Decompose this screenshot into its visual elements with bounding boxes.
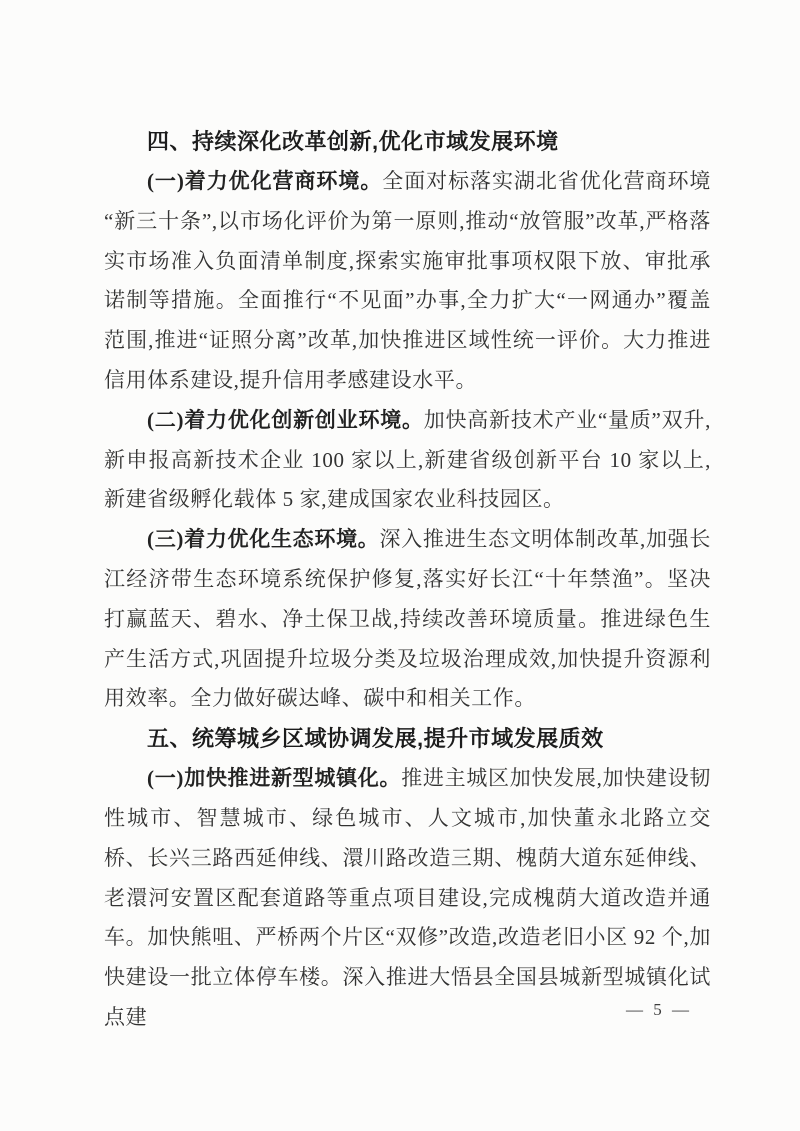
page-number: — 5 —: [626, 998, 692, 1022]
paragraph-4-2-lead: (二)着力优化创新创业环境。: [147, 408, 424, 432]
paragraph-5-1-lead: (一)加快推进新型城镇化。: [147, 766, 401, 790]
document-content: 四、持续深化改革创新,优化市域发展环境 (一)着力优化营商环境。全面对标落实湖北…: [104, 122, 711, 1038]
paragraph-5-1-body: 推进主城区加快发展,加快建设韧性城市、智慧城市、绿色城市、人文城市,加快董永北路…: [104, 766, 711, 1029]
paragraph-4-1: (一)着力优化营商环境。全面对标落实湖北省优化营商环境“新三十条”,以市场化评价…: [104, 162, 711, 401]
section-4-heading: 四、持续深化改革创新,优化市域发展环境: [104, 122, 711, 162]
paragraph-4-3: (三)着力优化生态环境。深入推进生态文明体制改革,加强长江经济带生态环境系统保护…: [104, 520, 711, 719]
paragraph-4-1-lead: (一)着力优化营商环境。: [147, 169, 382, 193]
paragraph-4-2: (二)着力优化创新创业环境。加快高新技术产业“量质”双升,新申报高新技术企业 1…: [104, 401, 711, 520]
document-page: 四、持续深化改革创新,优化市域发展环境 (一)着力优化营商环境。全面对标落实湖北…: [0, 0, 800, 1131]
paragraph-4-3-lead: (三)着力优化生态环境。: [147, 527, 380, 551]
section-4: 四、持续深化改革创新,优化市域发展环境 (一)着力优化营商环境。全面对标落实湖北…: [104, 122, 711, 719]
section-5: 五、统筹城乡区域协调发展,提升市域发展质效 (一)加快推进新型城镇化。推进主城区…: [104, 719, 711, 1038]
paragraph-5-1: (一)加快推进新型城镇化。推进主城区加快发展,加快建设韧性城市、智慧城市、绿色城…: [104, 759, 711, 1038]
paragraph-4-1-body: 全面对标落实湖北省优化营商环境“新三十条”,以市场化评价为第一原则,推动“放管服…: [104, 169, 711, 392]
paragraph-4-3-body: 深入推进生态文明体制改革,加强长江经济带生态环境系统保护修复,落实好长江“十年禁…: [104, 527, 711, 710]
section-5-heading: 五、统筹城乡区域协调发展,提升市域发展质效: [104, 719, 711, 759]
